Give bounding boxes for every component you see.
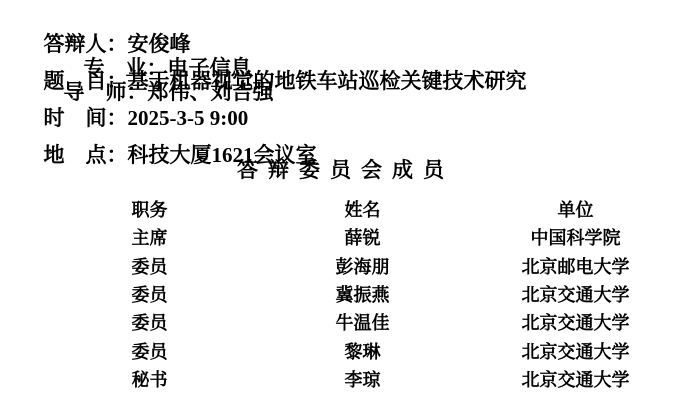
defender-value: 安俊峰	[128, 32, 191, 56]
committee-table-row: 委员 冀振燕 北京交通大学	[43, 281, 681, 309]
position-cell: 主席	[43, 228, 256, 248]
unit-cell: 北京邮电大学	[469, 257, 681, 277]
position-column-header: 职务	[43, 200, 256, 220]
time-field: 时 间：2025-3-5 9:00	[44, 106, 249, 130]
topic-label: 题 目：	[44, 69, 128, 93]
position-cell: 委员	[43, 342, 256, 362]
name-cell: 牛温佳	[256, 313, 469, 333]
unit-cell: 北京交通大学	[469, 342, 681, 362]
unit-cell: 北京交通大学	[469, 313, 681, 333]
position-cell: 委员	[43, 313, 256, 333]
topic-field: 题 目：基于机器视觉的地铁车站巡检关键技术研究	[44, 69, 527, 93]
position-cell: 委员	[43, 257, 256, 277]
defense-announcement-page: 答辩人：安俊峰 专 业：电子信息 导 师：郑伟、刘吉强 题 目：基于机器视觉的地…	[0, 0, 681, 412]
defender-field: 答辩人：安俊峰	[44, 32, 191, 56]
name-column-header: 姓名	[256, 200, 469, 220]
name-cell: 冀振燕	[256, 285, 469, 305]
unit-cell: 北京交通大学	[469, 285, 681, 305]
committee-table-row: 委员 牛温佳 北京交通大学	[43, 309, 681, 337]
committee-table: 职务 姓名 单位 主席 薛锐 中国科学院 委员 彭海朋 北京邮电大学 委员 冀振…	[43, 196, 681, 394]
defender-label: 答辩人：	[44, 32, 128, 56]
defender-major-advisor-line: 答辩人：安俊峰 专 业：电子信息 导 师：郑伟、刘吉强	[12, 8, 681, 45]
name-cell: 李琼	[256, 370, 469, 390]
name-cell: 黎琳	[256, 342, 469, 362]
location-label: 地 点：	[44, 143, 128, 167]
unit-cell: 中国科学院	[469, 228, 681, 248]
unit-cell: 北京交通大学	[469, 370, 681, 390]
time-label: 时 间：	[44, 106, 128, 130]
defense-info-block: 答辩人：安俊峰 专 业：电子信息 导 师：郑伟、刘吉强 题 目：基于机器视觉的地…	[0, 0, 681, 156]
name-cell: 彭海朋	[256, 257, 469, 277]
committee-table-row: 秘书 李琼 北京交通大学	[43, 366, 681, 394]
committee-table-row: 主席 薛锐 中国科学院	[43, 224, 681, 252]
committee-table-header-row: 职务 姓名 单位	[43, 196, 681, 224]
position-cell: 委员	[43, 285, 256, 305]
committee-table-row: 委员 黎琳 北京交通大学	[43, 337, 681, 365]
position-cell: 秘书	[43, 370, 256, 390]
committee-table-row: 委员 彭海朋 北京邮电大学	[43, 253, 681, 281]
topic-value: 基于机器视觉的地铁车站巡检关键技术研究	[128, 69, 527, 93]
time-value: 2025-3-5 9:00	[128, 106, 249, 130]
name-cell: 薛锐	[256, 228, 469, 248]
unit-column-header: 单位	[469, 200, 681, 220]
